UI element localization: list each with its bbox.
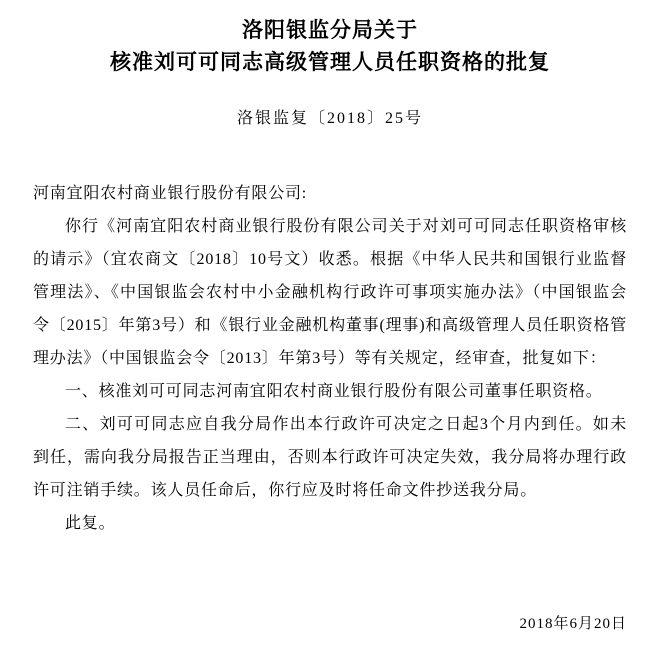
- document-date: 2018年6月20日: [33, 608, 627, 641]
- official-document-page: 洛阳银监分局关于 核准刘可可同志高级管理人员任职资格的批复 洛银监复〔2018〕…: [0, 0, 660, 646]
- document-body: 河南宜阳农村商业银行股份有限公司: 你行《河南宜阳农村商业银行股份有限公司关于对…: [33, 177, 627, 641]
- body-paragraphs: 你行《河南宜阳农村商业银行股份有限公司关于对刘可可同志任职资格审核的请示》（宜农…: [33, 210, 627, 540]
- addressee-salutation: 河南宜阳农村商业银行股份有限公司:: [33, 177, 627, 210]
- body-paragraph: 此复。: [33, 507, 627, 540]
- body-paragraph: 一、核准刘可可同志河南宜阳农村商业银行股份有限公司董事任职资格。: [33, 375, 627, 408]
- document-number: 洛银监复〔2018〕25号: [33, 108, 627, 130]
- document-title-line1: 洛阳银监分局关于: [33, 14, 627, 46]
- body-paragraph: 你行《河南宜阳农村商业银行股份有限公司关于对刘可可同志任职资格审核的请示》（宜农…: [33, 210, 627, 375]
- body-paragraph: 二、刘可可同志应自我分局作出本行政许可决定之日起3个月内到任。如未到任，需向我分…: [33, 408, 627, 507]
- document-title-line2: 核准刘可可同志高级管理人员任职资格的批复: [33, 46, 627, 78]
